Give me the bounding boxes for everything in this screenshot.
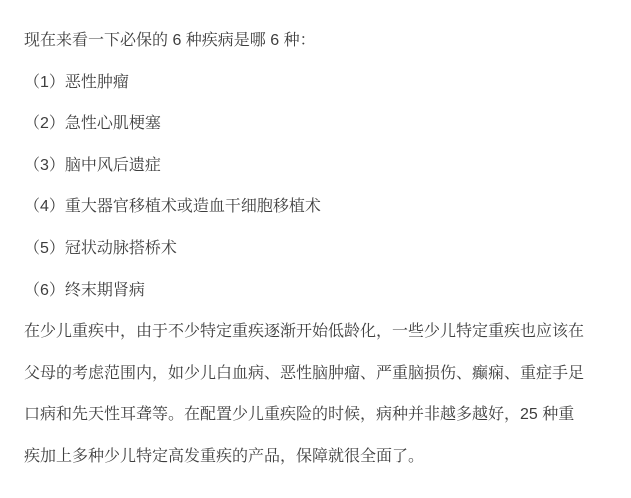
article-body: 现在来看一下必保的 6 种疾病是哪 6 种： （1）恶性肿瘤 （2）急性心肌梗塞… [0,0,631,498]
disease-item-5: （5）冠状动脉搭桥术 [24,228,613,270]
paragraph-line-4: 疾加上多种少儿特定高发重疾的产品，保障就很全面了。 [24,436,613,478]
paragraph-line-3: 口病和先天性耳聋等。在配置少儿重疾险的时候，病种并非越多越好，25 种重 [24,394,613,436]
disease-item-6: （6）终末期肾病 [24,270,613,312]
paragraph-line-2: 父母的考虑范围内，如少儿白血病、恶性脑肿瘤、严重脑损伤、癫痫、重症手足 [24,353,613,395]
paragraph-line-1: 在少儿重疾中，由于不少特定重疾逐渐开始低龄化，一些少儿特定重疾也应该在 [24,311,613,353]
disease-item-2: （2）急性心肌梗塞 [24,103,613,145]
intro-text: 现在来看一下必保的 6 种疾病是哪 6 种： [24,20,613,62]
disease-item-1: （1）恶性肿瘤 [24,62,613,104]
disease-item-3: （3）脑中风后遗症 [24,145,613,187]
disease-item-4: （4）重大器官移植术或造血干细胞移植术 [24,186,613,228]
